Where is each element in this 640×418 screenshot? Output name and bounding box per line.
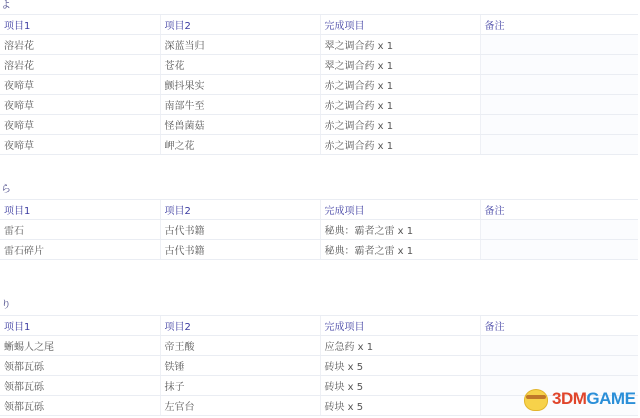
section-label: ら [0, 184, 638, 196]
table-row: 蜥蜴人之尾 帝王酸 应急药 x 1 [0, 336, 638, 356]
cell-note [480, 336, 638, 356]
cell-item1: 溶岩花 [0, 35, 160, 55]
cell-item1: 雷石 [0, 220, 160, 240]
cell-item1: 夜啼草 [0, 135, 160, 155]
cell-result: 翠之调合药 x 1 [320, 35, 480, 55]
cell-note [480, 115, 638, 135]
table-row: 溶岩花 深蓝当归 翠之调合药 x 1 [0, 35, 638, 55]
cell-note [480, 95, 638, 115]
cell-result: 翠之调合药 x 1 [320, 55, 480, 75]
watermark-logo-text: 3DMGAME [552, 389, 635, 409]
header-result: 完成项目 [320, 316, 480, 336]
cell-result: 砖块 x 5 [320, 356, 480, 376]
header-item2: 项目2 [160, 15, 320, 35]
cell-item2: 苍花 [160, 55, 320, 75]
cell-item1: 夜啼草 [0, 115, 160, 135]
cell-note [480, 135, 638, 155]
cell-result: 砖块 x 5 [320, 396, 480, 416]
header-note: 备注 [480, 15, 638, 35]
cell-note [480, 220, 638, 240]
table-header-row: 项目1 项目2 完成项目 备注 [0, 15, 638, 35]
cell-result: 赤之调合药 x 1 [320, 75, 480, 95]
cell-note [480, 75, 638, 95]
header-item1: 项目1 [0, 316, 160, 336]
cell-result: 秘典：霸者之雷 x 1 [320, 220, 480, 240]
table-row: 夜啼草 颤抖果实 赤之调合药 x 1 [0, 75, 638, 95]
table-row: 溶岩花 苍花 翠之调合药 x 1 [0, 55, 638, 75]
cell-item1: 雷石碎片 [0, 240, 160, 260]
cell-item2: 帝王酸 [160, 336, 320, 356]
cell-item2: 深蓝当归 [160, 35, 320, 55]
cell-item2: 古代书籍 [160, 220, 320, 240]
header-item1: 项目1 [0, 15, 160, 35]
cell-result: 赤之调合药 x 1 [320, 115, 480, 135]
cell-item1: 夜啼草 [0, 75, 160, 95]
cell-note [480, 55, 638, 75]
header-item2: 项目2 [160, 316, 320, 336]
header-item1: 项目1 [0, 200, 160, 220]
cell-note [480, 35, 638, 55]
cell-item1: 蜥蜴人之尾 [0, 336, 160, 356]
header-note: 备注 [480, 200, 638, 220]
cell-item2: 左官台 [160, 396, 320, 416]
cell-item2: 颤抖果实 [160, 75, 320, 95]
section-yo: よ 项目1 项目2 完成项目 备注 溶岩花 深蓝当归 翠之调合药 x 1 溶岩花… [0, 0, 638, 155]
section-ra: ら 项目1 项目2 完成项目 备注 雷石 古代书籍 秘典：霸者之雷 x 1 雷石… [0, 184, 638, 260]
table-row: 雷石碎片 古代书籍 秘典：霸者之雷 x 1 [0, 240, 638, 260]
cell-result: 赤之调合药 x 1 [320, 95, 480, 115]
cell-item2: 南部牛至 [160, 95, 320, 115]
cell-item2: 岬之花 [160, 135, 320, 155]
header-result: 完成项目 [320, 200, 480, 220]
table-row: 夜啼草 南部牛至 赤之调合药 x 1 [0, 95, 638, 115]
table-row: 夜啼草 岬之花 赤之调合药 x 1 [0, 135, 638, 155]
watermark-text-game: GAME [586, 389, 635, 408]
cell-item2: 古代书籍 [160, 240, 320, 260]
table-header-row: 项目1 项目2 完成项目 备注 [0, 316, 638, 336]
cell-item1: 领都瓦砾 [0, 376, 160, 396]
cell-result: 应急药 x 1 [320, 336, 480, 356]
watermark-3dmgame: 3DMGAME [522, 382, 640, 416]
cell-note [480, 356, 638, 376]
cell-result: 砖块 x 5 [320, 376, 480, 396]
crafting-table: 项目1 项目2 完成项目 备注 雷石 古代书籍 秘典：霸者之雷 x 1 雷石碎片… [0, 199, 638, 260]
table-row: 夜啼草 怪兽菌菇 赤之调合药 x 1 [0, 115, 638, 135]
table-row: 雷石 古代书籍 秘典：霸者之雷 x 1 [0, 220, 638, 240]
section-label: よ [0, 0, 638, 12]
table-header-row: 项目1 项目2 完成项目 备注 [0, 200, 638, 220]
cell-item1: 溶岩花 [0, 55, 160, 75]
header-note: 备注 [480, 316, 638, 336]
cell-item1: 领都瓦砾 [0, 356, 160, 376]
cell-item2: 铁锤 [160, 356, 320, 376]
cell-result: 赤之调合药 x 1 [320, 135, 480, 155]
header-item2: 项目2 [160, 200, 320, 220]
header-result: 完成项目 [320, 15, 480, 35]
mascot-chick-icon [522, 387, 550, 411]
cell-item1: 夜啼草 [0, 95, 160, 115]
cell-item2: 抹子 [160, 376, 320, 396]
cell-item2: 怪兽菌菇 [160, 115, 320, 135]
cell-result: 秘典：霸者之雷 x 1 [320, 240, 480, 260]
crafting-table: 项目1 项目2 完成项目 备注 溶岩花 深蓝当归 翠之调合药 x 1 溶岩花 苍… [0, 14, 638, 155]
watermark-text-3dm: 3DM [552, 389, 586, 408]
cell-note [480, 240, 638, 260]
cell-item1: 领都瓦砾 [0, 396, 160, 416]
section-label: り [0, 300, 638, 312]
table-row: 领都瓦砾 铁锤 砖块 x 5 [0, 356, 638, 376]
